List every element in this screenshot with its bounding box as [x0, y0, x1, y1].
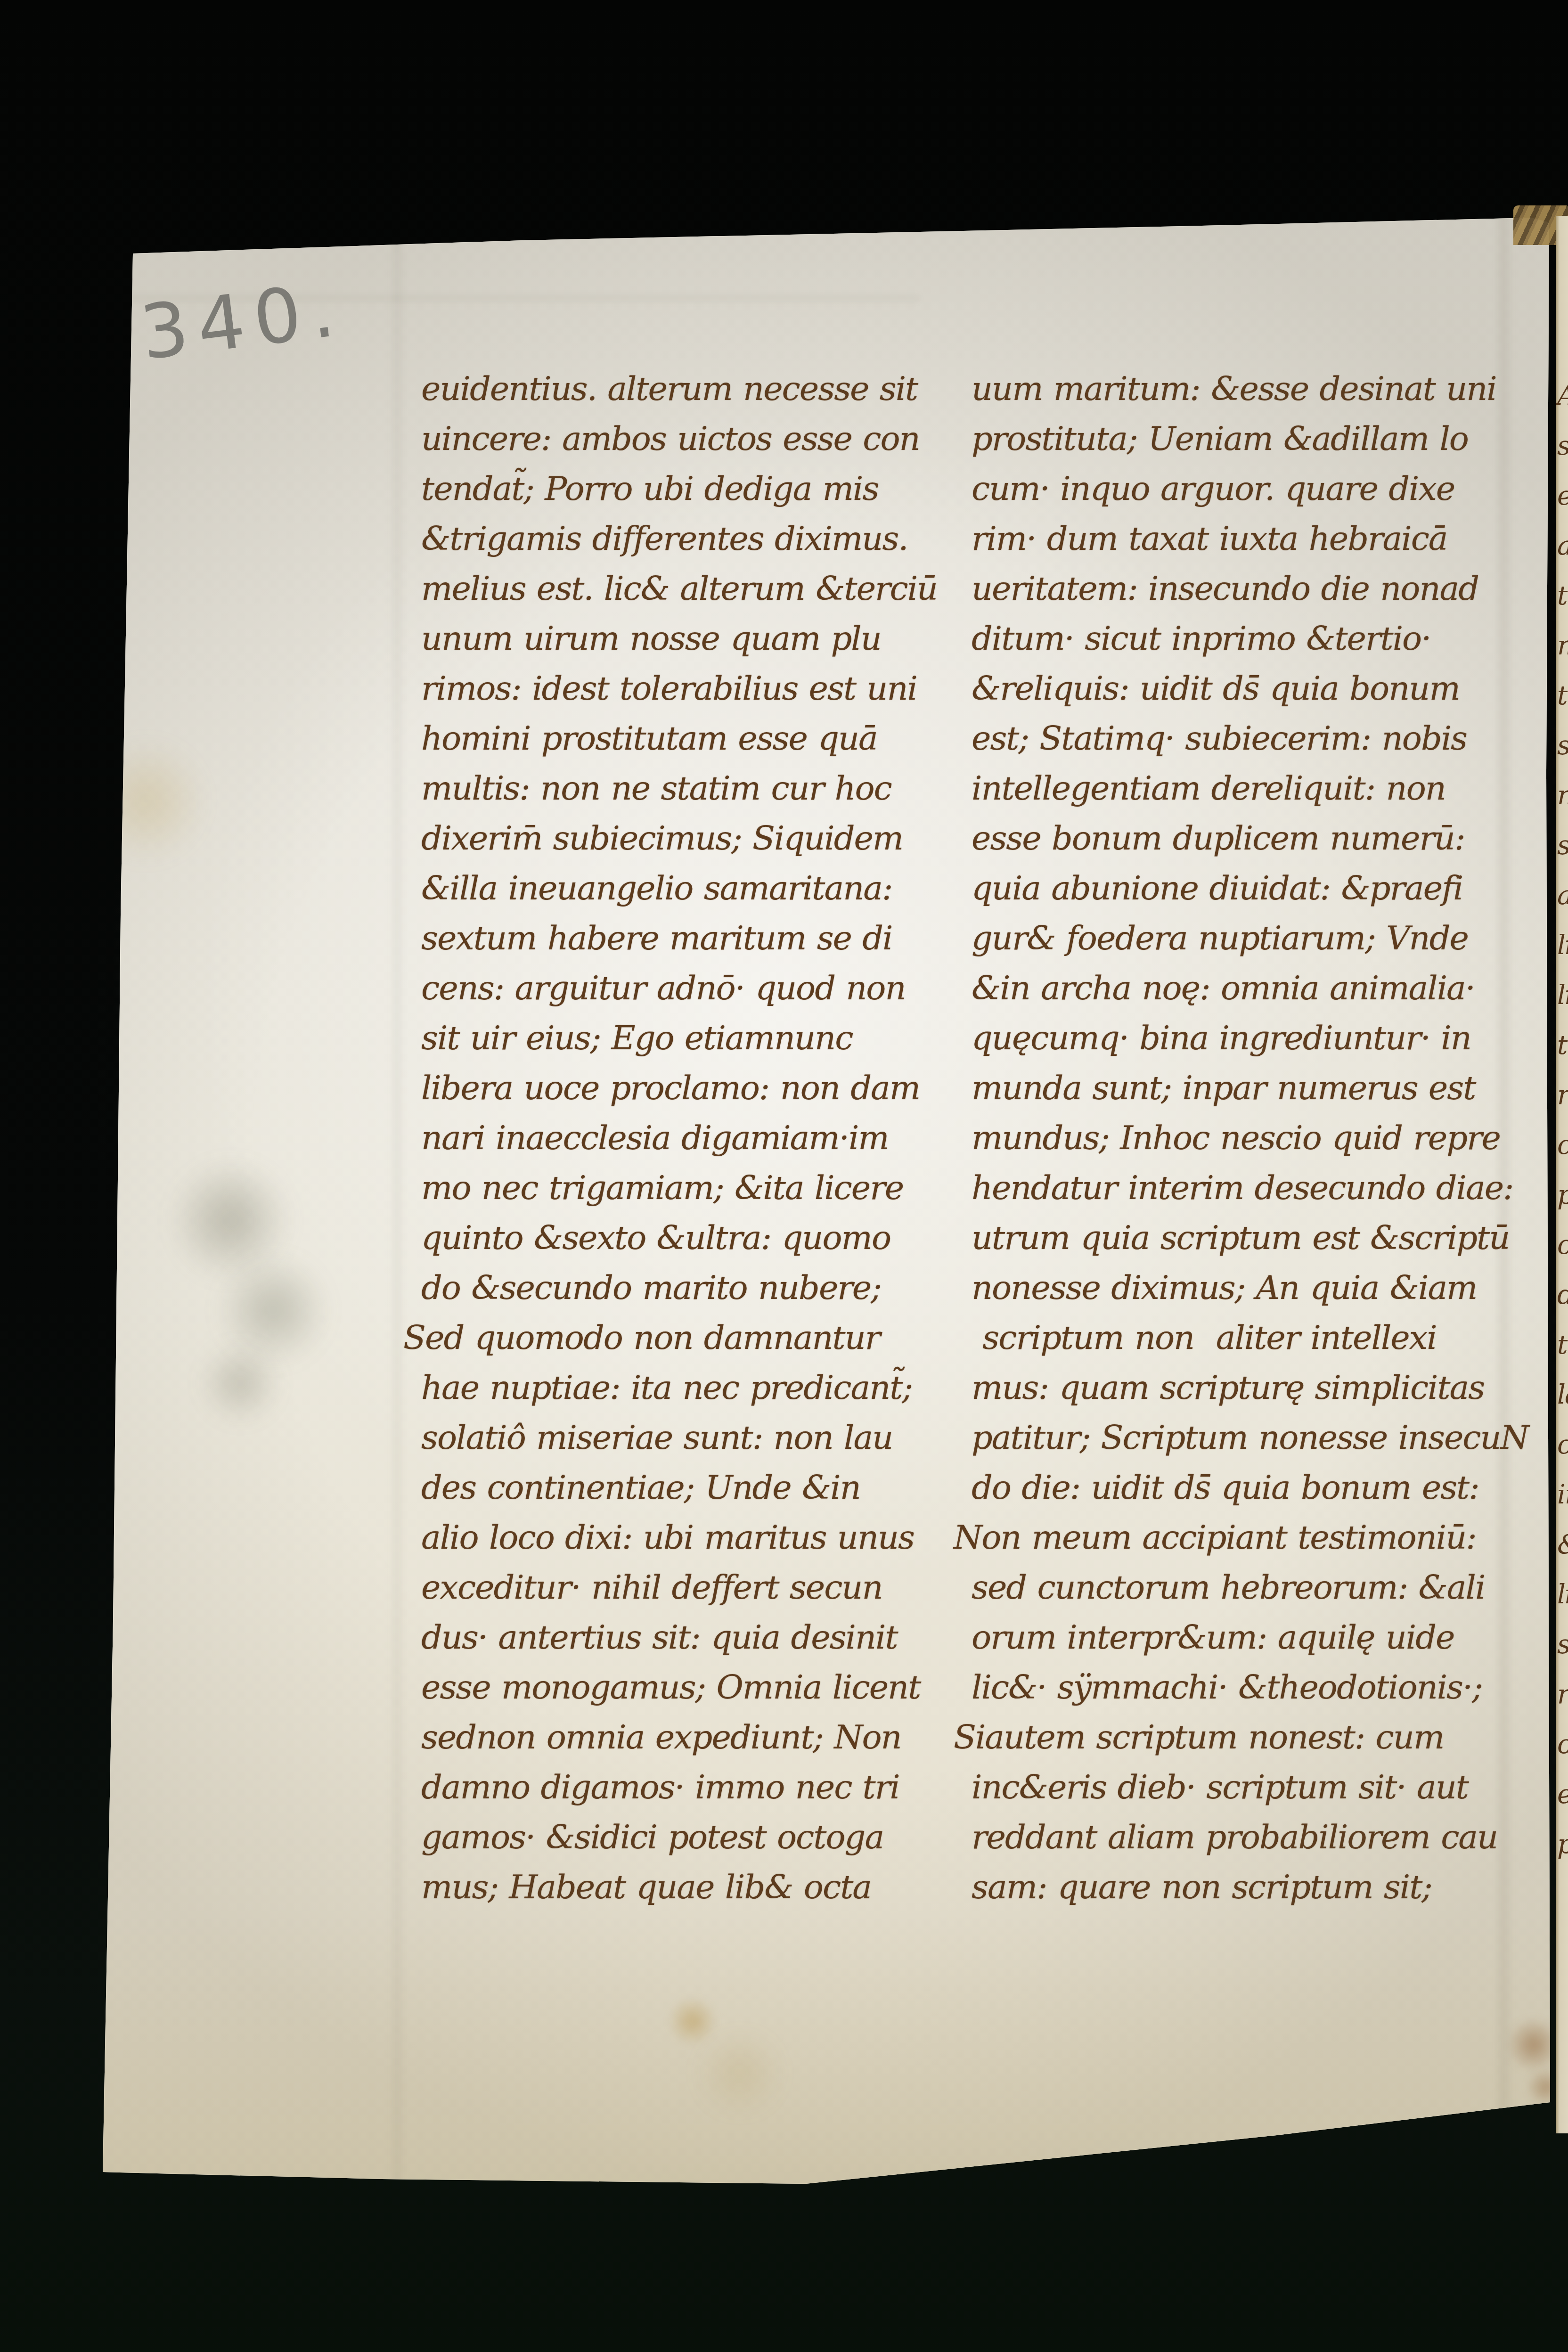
- text-line: rim· dum taxat iuxta hebraicā: [972, 514, 1492, 563]
- facing-text-fragment: tus: [1556, 1021, 1568, 1070]
- text-line: nonesse diximus; An quia &iam: [972, 1263, 1492, 1313]
- text-line: intellegentiam dereliquit: non: [972, 763, 1492, 813]
- text-line: hae nuptiae: ita nec predicant̃;: [421, 1363, 951, 1413]
- text-line: ditum· sicut inprimo &tertio·: [972, 613, 1492, 663]
- text-line: mus: quam scripturę simplicitas: [972, 1363, 1492, 1413]
- facing-text-fragment: lic: [1556, 971, 1568, 1021]
- text-line: utrum quia scriptum est &scriptū: [972, 1213, 1492, 1263]
- text-line: &trigamis differentes diximus.: [421, 514, 951, 563]
- text-line: esse monogamus; Omnia licent: [421, 1662, 951, 1712]
- facing-text-fragment: inp: [1556, 1470, 1568, 1520]
- facing-text-fragment: sit: [1556, 821, 1568, 871]
- facing-text-fragment: ran: [1556, 1070, 1568, 1120]
- text-line: mo nec trigamiam; &ita licere: [421, 1163, 951, 1213]
- text-line: &reliquis: uidit ds̄ quia bonum: [972, 663, 1492, 713]
- text-line: exceditur· nihil deffert secun: [421, 1562, 951, 1612]
- facing-text-fragment: lis: [1556, 921, 1568, 971]
- text-line: tendat̃; Porro ubi dediga mis: [421, 464, 951, 514]
- text-line: do die: uidit ds̄ quia bonum est:: [972, 1462, 1492, 1512]
- text-line: prostituta; Ueniam &adillam lo: [972, 414, 1492, 464]
- text-line: inc&eris dieb· scriptum sit· aut: [972, 1762, 1492, 1812]
- text-line: reddant aliam probabiliorem cau: [972, 1812, 1492, 1862]
- facing-text-fragment: lib: [1556, 1570, 1568, 1620]
- text-line: hendatur interim desecundo diae:: [972, 1163, 1492, 1213]
- text-line: ueritatem: insecundo die nonad: [972, 563, 1492, 613]
- text-line: mundus; Inhoc nescio quid repre: [972, 1113, 1492, 1163]
- text-line: orum interpr&um: aquilę uide: [972, 1612, 1492, 1662]
- text-line: sednon omnia expediunt; Non: [421, 1712, 951, 1762]
- stain: [693, 2035, 787, 2111]
- text-line: &illa ineuangelio samaritana:: [421, 863, 951, 913]
- text-column-left: euidentius. alterum necesse situincere: …: [421, 364, 951, 1912]
- text-line: scriptum non aliter intellexi: [972, 1313, 1492, 1363]
- text-line: quia abunione diuidat: &praefi: [972, 863, 1492, 913]
- facing-text-fragment: sit: [1556, 1620, 1568, 1670]
- facing-text-fragment: tu: [1556, 671, 1568, 721]
- manuscript-page: 340. euidentius. alterum necesse situinc…: [99, 207, 1552, 2191]
- facing-text-fragment: pur: [1556, 1170, 1568, 1220]
- stain: [1508, 2017, 1560, 2073]
- facing-text-fragment: on: [1556, 1720, 1568, 1770]
- stain: [170, 1159, 292, 1282]
- text-line: cum· inquo arguor. quare dixe: [972, 464, 1492, 514]
- text-line: dixerim̄ subiecimus; Siquidem: [421, 813, 951, 863]
- text-line: uum maritum: &esse desinat uni: [972, 364, 1492, 414]
- text-line: melius est. lic& alterum &terciū: [421, 563, 951, 613]
- text-line: solatiô miseriae sunt: non lau: [421, 1413, 951, 1462]
- facing-text-fragment: pu: [1556, 1820, 1568, 1870]
- text-line: Non meum accipiant testimoniū:: [954, 1512, 1492, 1562]
- folio-number: 340.: [136, 266, 348, 376]
- facing-text-fragment: did: [1556, 1270, 1568, 1320]
- text-line: sam: quare non scriptum sit;: [972, 1862, 1492, 1912]
- text-line: quinto &sexto &ultra: quomo: [421, 1213, 951, 1263]
- facing-text-fragment: tu: [1556, 571, 1568, 621]
- facing-text-fragment: m: [1556, 621, 1568, 671]
- text-line: est; Statimq· subiecerim: nobis: [972, 713, 1492, 763]
- text-line: mus; Habeat quae lib& octa: [421, 1862, 951, 1912]
- text-line: patitur; Scriptum nonesse insecuN: [972, 1413, 1492, 1462]
- text-line: do &secundo marito nubere;: [421, 1263, 951, 1313]
- text-line: nari inaecclesia digamiam·im: [421, 1113, 951, 1163]
- text-line: quęcumq· bina ingrediuntur· in: [972, 1013, 1492, 1063]
- text-line: des continentiae; Unde &in: [421, 1462, 951, 1512]
- facing-text-fragment: ra: [1556, 1670, 1568, 1720]
- text-line: gur& foedera nuptiarum; Vnde: [972, 913, 1492, 963]
- text-line: sextum habere maritum se di: [421, 913, 951, 963]
- text-line: sit uir eius; Ego etiamnunc: [421, 1013, 951, 1063]
- facing-text-fragment: ori: [1556, 1220, 1568, 1270]
- text-line: alio loco dixi: ubi maritus unus: [421, 1512, 951, 1562]
- facing-text-fragment: an: [1556, 871, 1568, 921]
- text-line: unum uirum nosse quam plu: [421, 613, 951, 663]
- text-line: euidentius. alterum necesse sit: [421, 364, 951, 414]
- text-line: sed cunctorum hebreorum: &ali: [972, 1562, 1492, 1612]
- text-line: multis: non ne statim cur hoc: [421, 763, 951, 813]
- facing-text-fragment: A: [1556, 371, 1568, 421]
- text-line: Sed quomodo non damnantur: [403, 1313, 951, 1363]
- text-line: Siautem scriptum nonest: cum: [954, 1712, 1492, 1762]
- stain: [667, 1998, 719, 2045]
- facing-text-fragment: sc: [1556, 721, 1568, 771]
- text-line: lic&· sÿmmachi· &theodotionis·;: [972, 1662, 1492, 1712]
- stain: [200, 1343, 280, 1423]
- text-line: damno digamos· immo nec tri: [421, 1762, 951, 1812]
- fold-crease: [391, 207, 403, 2191]
- facing-text-fragment: et: [1556, 471, 1568, 521]
- facing-text-fragment: cor: [1556, 1120, 1568, 1170]
- text-line: uincere: ambos uictos esse con: [421, 414, 951, 464]
- facing-page-edge: Aseetartumtuscnositanlislictusrancorpuro…: [1556, 216, 1568, 2133]
- text-line: dus· antertius sit: quia desinit: [421, 1612, 951, 1662]
- facing-text-fragment: se: [1556, 421, 1568, 471]
- facing-text-fragment: &q: [1556, 1520, 1568, 1570]
- facing-text-fragment: er: [1556, 1770, 1568, 1820]
- text-line: esse bonum duplicem numerū:: [972, 813, 1492, 863]
- text-column-right: uum maritum: &esse desinat uniprostituta…: [972, 364, 1492, 1912]
- stain: [217, 1253, 330, 1366]
- text-line: munda sunt; inpar numerus est: [972, 1063, 1492, 1113]
- text-line: rimos: idest tolerabilius est uni: [421, 663, 951, 713]
- facing-text-fragment: lac: [1556, 1370, 1568, 1420]
- text-line: gamos· &sidici potest octoga: [421, 1812, 951, 1862]
- text-line: libera uoce proclamo: non dam: [421, 1063, 951, 1113]
- photo-backdrop: 340. euidentius. alterum necesse situinc…: [0, 0, 1568, 2352]
- facing-text-fragment: tul: [1556, 1320, 1568, 1370]
- text-line: homini prostitutam esse quā: [421, 713, 951, 763]
- facing-text-fragment: no: [1556, 771, 1568, 821]
- facing-text-fragment: cr: [1556, 1420, 1568, 1470]
- text-line: &in archa noę: omnia animalia·: [972, 963, 1492, 1013]
- facing-text-fragment: ar: [1556, 521, 1568, 571]
- text-line: cens: arguitur adnō· quod non: [421, 963, 951, 1013]
- stain: [90, 735, 203, 867]
